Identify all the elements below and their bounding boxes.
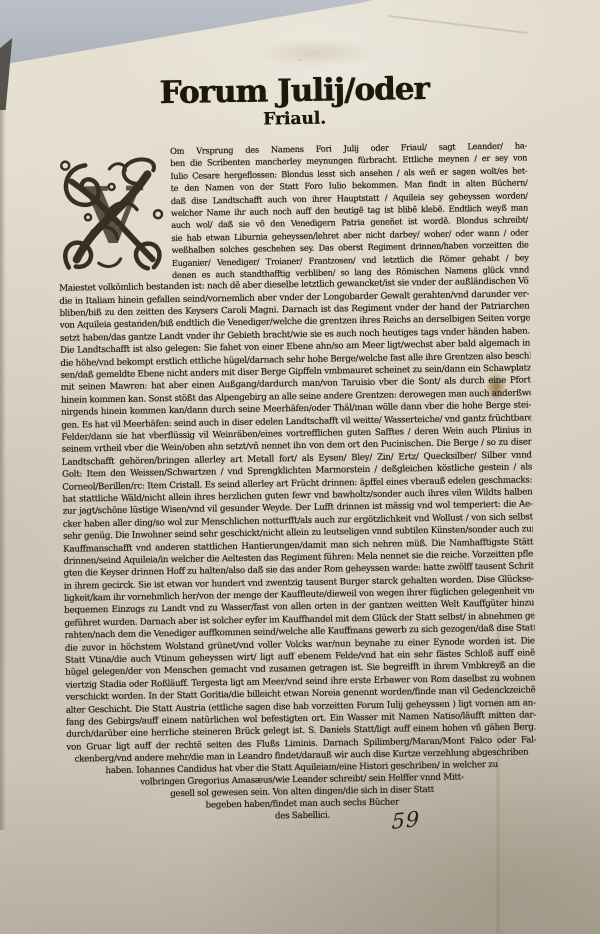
photographed-book-page: Forum Julij/oder Friaul. V: [0, 0, 600, 934]
printed-content: Forum Julij/oder Friaul. V: [0, 0, 600, 934]
page-number: 59: [392, 807, 421, 834]
body-lines: Maiestet volkömlich bestanden ist: nach …: [59, 276, 536, 754]
drop-cap-initial: V: [57, 156, 166, 276]
closing-lines: ckenberg/vnd andere mehr/die man in Lean…: [66, 746, 537, 825]
drop-cap-woodcut-icon: V: [57, 156, 166, 276]
body-text: V: [57, 139, 538, 825]
first-paragraph-lines: Om Vrsprung des Namens Fori Julij oder F…: [170, 139, 529, 281]
first-paragraph-row: V: [57, 139, 529, 283]
